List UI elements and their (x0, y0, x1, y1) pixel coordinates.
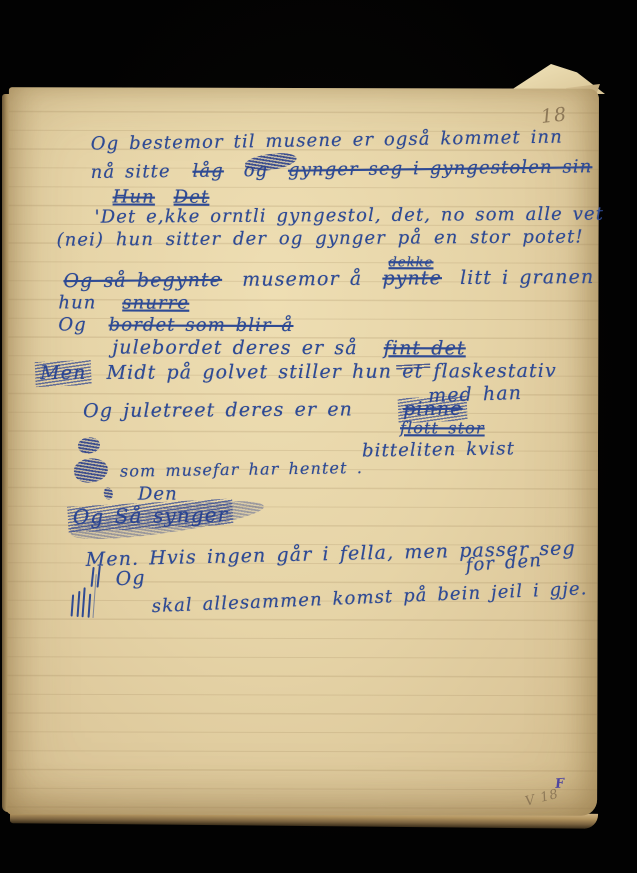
struck-text: bordet som blir å (109, 314, 294, 335)
handwriting-line: Og (115, 569, 146, 589)
handwriting-line: julebordet deres er så fint det (112, 339, 465, 359)
handwriting-line: hun snurre (58, 294, 189, 312)
photo-background: 18 Og bestemor til musene er også kommet… (0, 0, 637, 873)
handwriting-line: Og bordet som blir å (58, 316, 293, 335)
handwriting-line: Hun Det (113, 189, 210, 207)
page-number: 18 (540, 103, 568, 128)
handwriting-line: som musefar har hentet . (120, 460, 363, 480)
struck-text: gynger seg i gyngestolen sin (288, 156, 592, 180)
handwriting-line: 'Det e,kke orntli gyngestol, det, no som… (95, 206, 605, 227)
handwriting-segment: litt i granen (460, 266, 594, 289)
handwriting-segment: Og juletreet deres er en (83, 398, 353, 422)
handwriting-line: flott stor (400, 420, 485, 436)
handwriting-segment: som musefar har hentet . (120, 458, 363, 481)
margin-tally-marks (91, 565, 104, 588)
handwriting-line: Den (138, 486, 178, 504)
manuscript-page: 18 Og bestemor til musene er også kommet… (7, 87, 599, 816)
handwriting-segment: Midt på golvet stiller hun et flaskestat… (107, 360, 557, 384)
handwriting-segment: Og (115, 567, 146, 590)
struck-text: snurre (122, 293, 189, 314)
scribbled-text: pinne (403, 400, 463, 419)
handwriting-segment: nå sitte (91, 161, 171, 183)
handwriting-segment: 'Det e,kke orntli gyngestol, det, no som… (95, 204, 605, 228)
struck-text: låg (192, 160, 224, 181)
handwriting-line: bitteliten kvist (362, 440, 515, 460)
handwriting-segment: (nei) hun sitter der og gynger på en sto… (56, 226, 583, 250)
margin-tally-marks (71, 587, 100, 619)
scribbled-text: Men (40, 364, 86, 383)
struck-text: Det (174, 187, 210, 208)
handwriting-segment: Og (58, 314, 87, 335)
handwriting-line: Og så begynte musemor å pynte litt i gra… (63, 268, 594, 291)
struck-text: Hun (113, 187, 155, 208)
handwriting-line: Men Midt på golvet stiller hun et flaske… (40, 362, 557, 383)
struck-text: fint det (384, 337, 466, 359)
handwriting-line: (nei) hun sitter der og gynger på en sto… (57, 228, 584, 249)
struck-text: pynte (382, 267, 442, 289)
handwriting-segment: julebordet deres er så (112, 337, 357, 360)
handwriting-segment: hun (58, 292, 96, 313)
struck-text: flott stor (400, 418, 485, 437)
handwriting-line: for den (465, 552, 542, 575)
struck-text: Og så begynte (63, 269, 222, 292)
handwriting-segment: musemor å (242, 268, 362, 291)
handwriting-segment: Den (138, 484, 178, 505)
handwriting-segment: bitteliten kvist (362, 438, 515, 461)
